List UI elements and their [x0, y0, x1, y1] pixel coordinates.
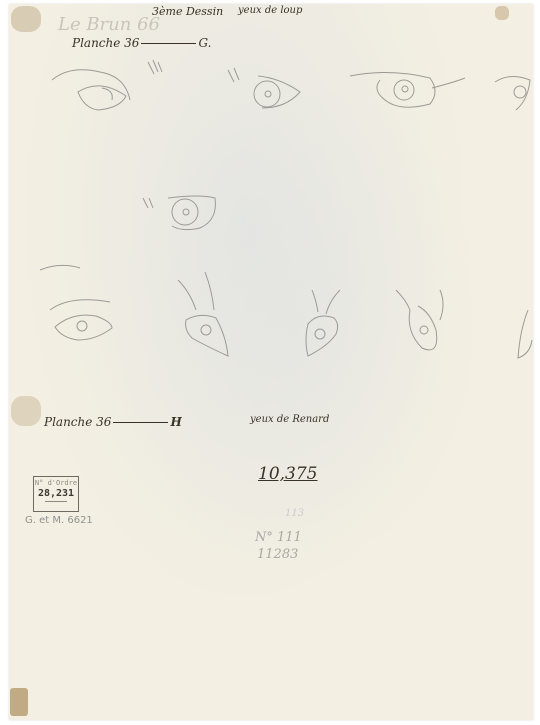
- plate-rule: [141, 43, 196, 44]
- fox-eyes-caption: yeux de Renard: [250, 414, 329, 425]
- plate-rule: [113, 422, 168, 423]
- eye-sketch-8: [306, 290, 340, 356]
- plate-label-h-text: Planche 36: [44, 415, 111, 429]
- stamp-annotation: G. et M. 6621: [25, 515, 93, 526]
- plate-label-g: Planche 36G.: [72, 36, 211, 50]
- faded-title: Le Brun 66: [58, 14, 160, 35]
- drawing-number: 3ème Dessin: [152, 5, 223, 18]
- eye-sketch-7: [178, 272, 228, 356]
- plate-letter-g: G.: [198, 36, 211, 50]
- plate-letter-h: H: [170, 415, 181, 429]
- pencil-number: 11283: [257, 547, 298, 562]
- eye-sketch-2: [228, 68, 300, 108]
- stamp-label: N° d'Ordre: [34, 479, 78, 487]
- stamp-number: 28,231: [34, 488, 78, 499]
- stamp-line: [45, 501, 67, 502]
- wolf-eyes-caption: yeux de loup: [238, 5, 302, 16]
- eye-sketch-3: [350, 72, 465, 107]
- eye-sketch-5: [143, 196, 215, 230]
- plate-label-g-text: Planche 36: [72, 36, 139, 50]
- plate-label-h: Planche 36H: [44, 415, 182, 429]
- collection-stamp: N° d'Ordre 28,231: [33, 476, 79, 512]
- eye-sketches: [0, 0, 540, 725]
- eye-sketch-1: [52, 60, 162, 110]
- pencil-number-small: 113: [285, 508, 304, 519]
- pencil-no: N° 111: [255, 530, 302, 545]
- eye-sketch-4-partial: [495, 76, 530, 110]
- eye-sketch-10-partial: [518, 310, 532, 358]
- eye-sketch-9: [396, 290, 443, 350]
- inventory-number-ink: 10,375: [258, 464, 317, 484]
- eye-sketch-6: [40, 265, 112, 340]
